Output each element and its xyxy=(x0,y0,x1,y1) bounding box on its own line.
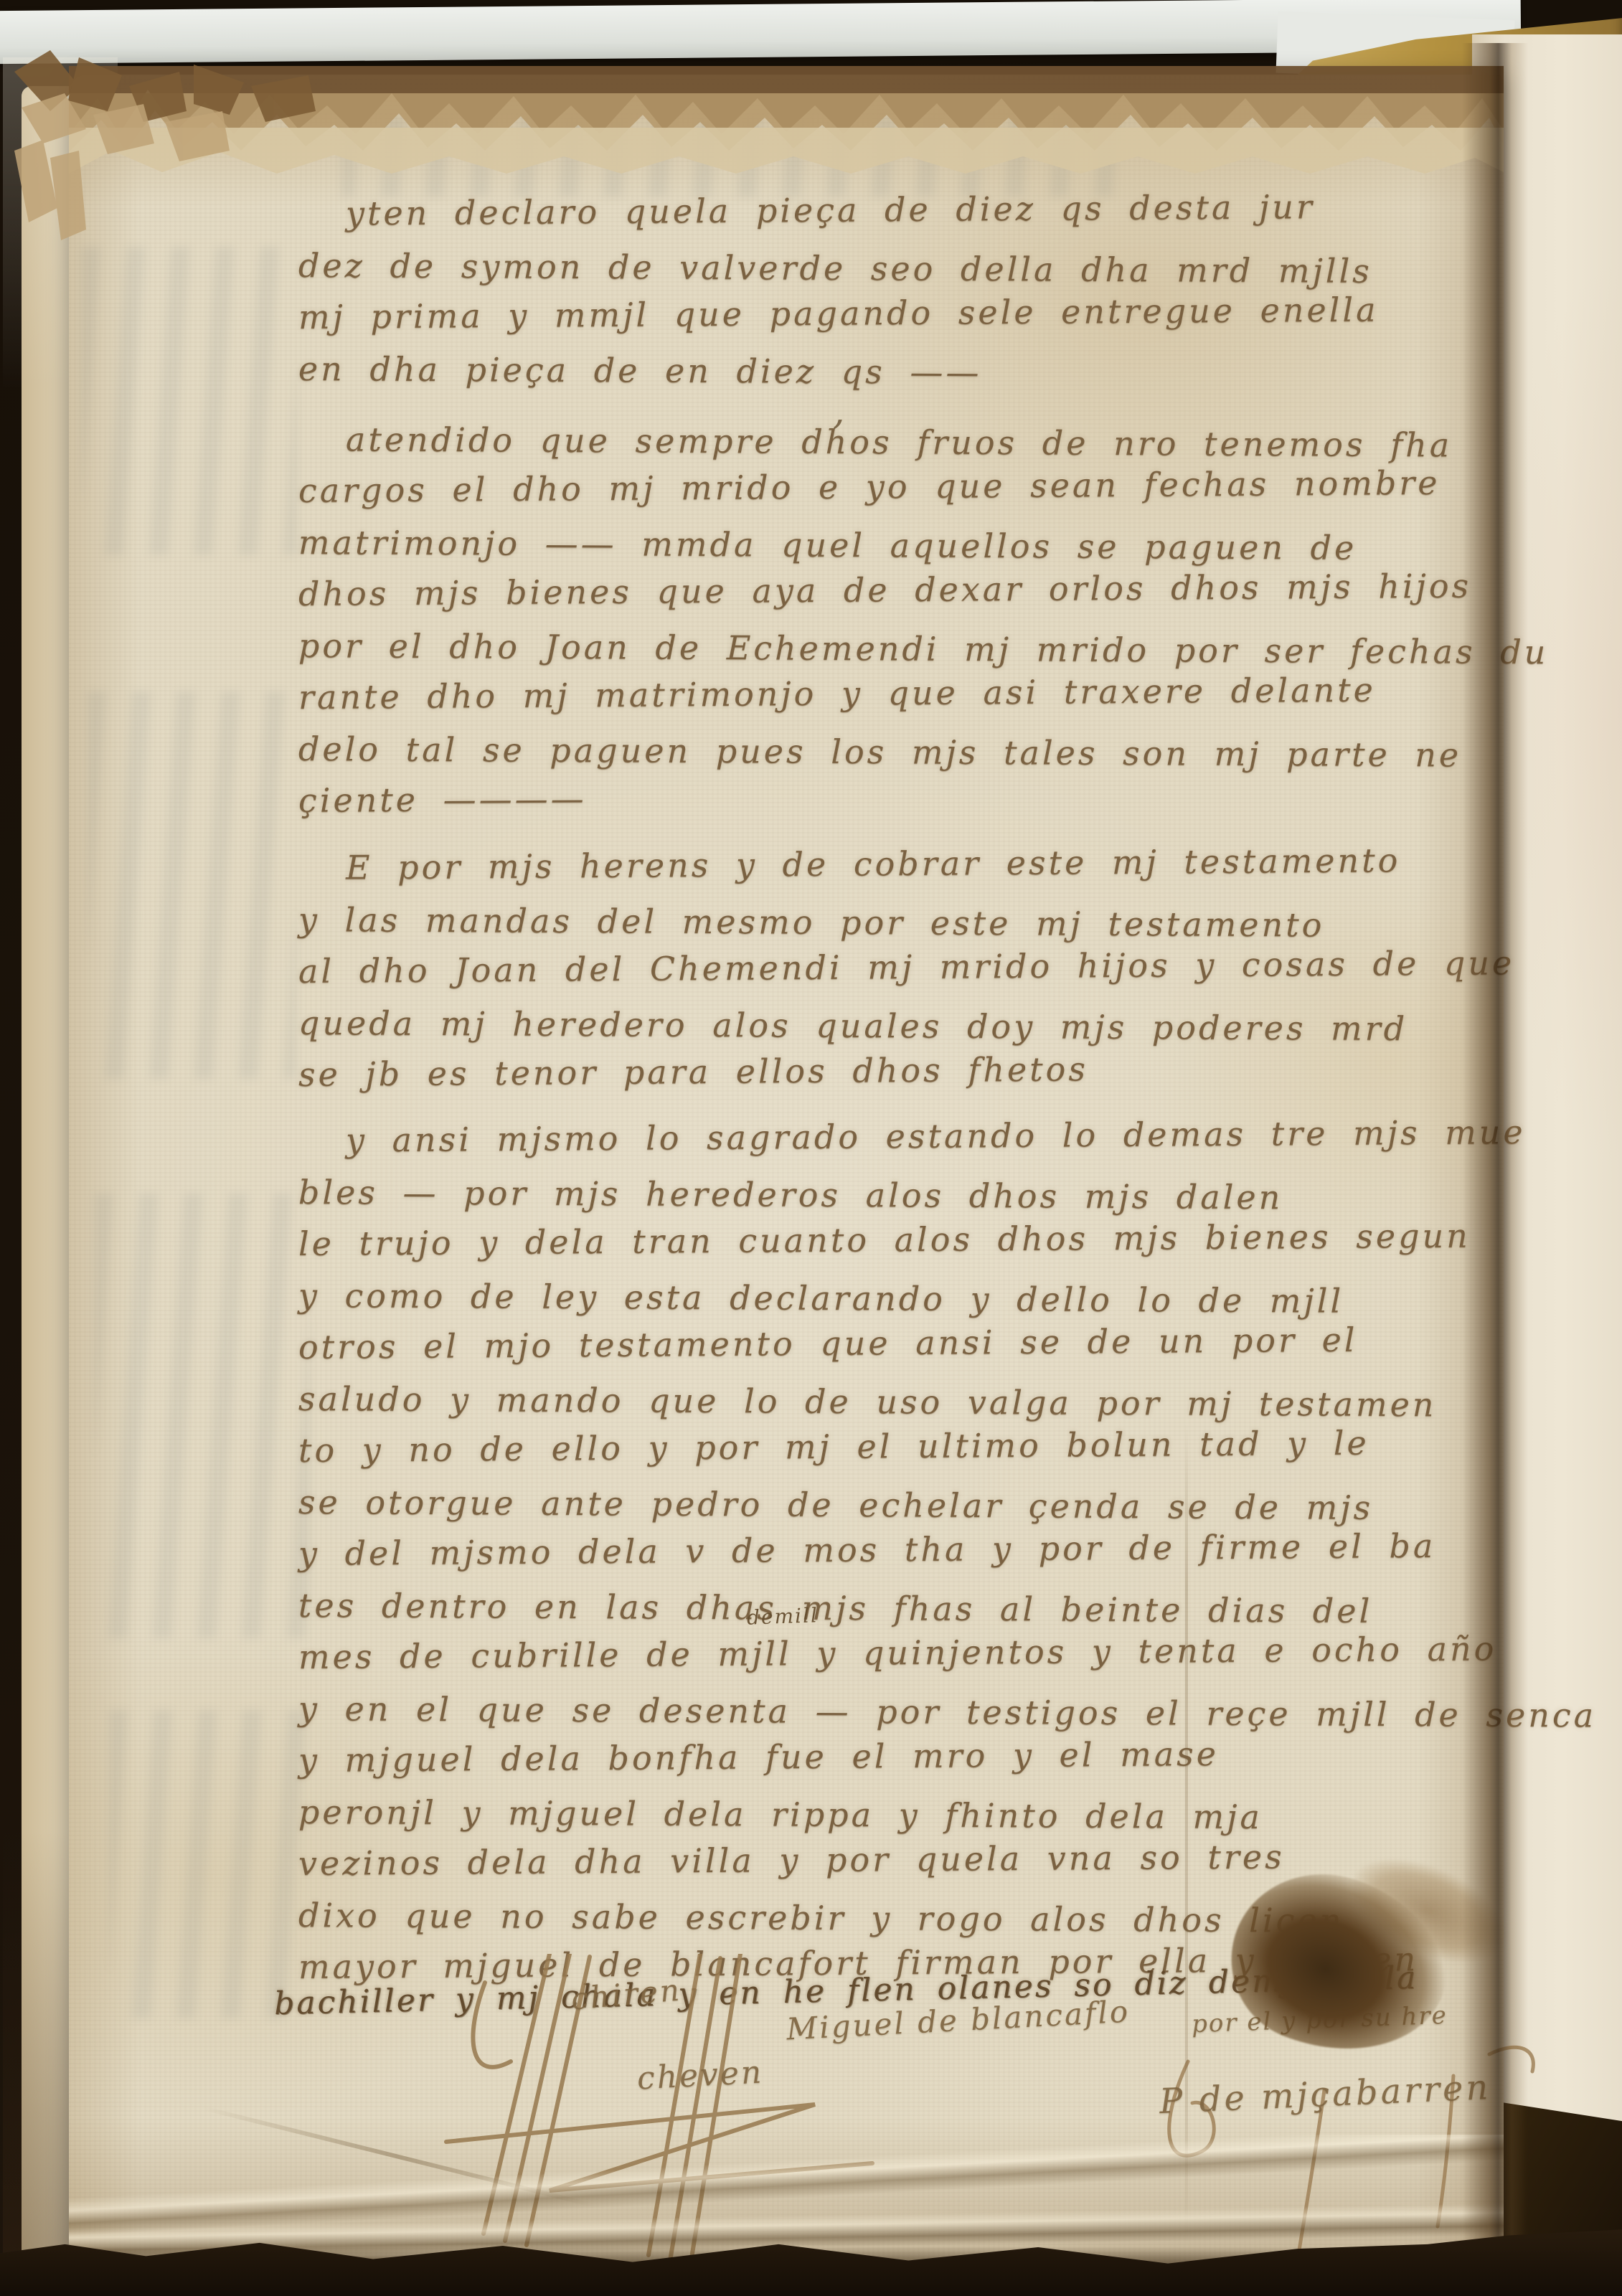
bleed-through-smudge xyxy=(95,1194,310,1638)
gutter-shadow xyxy=(1462,43,1528,2296)
manuscript-line: le trujo y dela tran cuanto alos dhos mj… xyxy=(298,1209,1504,1270)
manuscript-line: dhos mjs bienes que aya de dexar orlos d… xyxy=(298,559,1504,620)
interlinear-insertion: demill xyxy=(746,1603,819,1629)
manuscript-line: yten declaro quela pieça de diez qs dest… xyxy=(298,179,1504,240)
manuscript-line: çiente ———— xyxy=(298,766,1504,826)
manuscript-line: y mjguel dela bonfha fue el mro y el mas… xyxy=(298,1726,1504,1786)
left-page: yten declaro quela pieça de diez qs dest… xyxy=(69,75,1504,2271)
manuscript-scan: yten declaro quela pieça de diez qs dest… xyxy=(0,0,1622,2296)
bleed-through-smudge xyxy=(82,247,297,555)
handwritten-text-block: yten declaro quela pieça de diez qs dest… xyxy=(298,188,1504,1993)
manuscript-line: rante dho mj matrimonjo y que asi traxer… xyxy=(298,663,1504,723)
manuscript-line: y del mjsmo dela v de mos tha y por de f… xyxy=(298,1519,1504,1579)
manuscript-line: to y no de ello y por mj el ultimo bolun… xyxy=(298,1416,1504,1476)
manuscript-line: mes de cubrille de mjll y quinjentos y t… xyxy=(298,1622,1504,1683)
manuscript-line: en dha pieça de en diez qs —— xyxy=(298,343,1504,401)
frayed-corner xyxy=(0,43,337,258)
signature-witness-word: cheven xyxy=(636,2054,765,2097)
punctuation-mark: , xyxy=(833,390,845,433)
manuscript-line: al dho Joan del Chemendi mj mrido hijos … xyxy=(298,937,1504,997)
manuscript-line: cargos el dho mj mrido e yo que sean fec… xyxy=(298,456,1504,516)
bleed-through-smudge xyxy=(88,691,296,1079)
manuscript-line: E por mjs herens y de cobrar este mj tes… xyxy=(298,833,1504,894)
manuscript-line: otros el mjo testamento que ansi se de u… xyxy=(298,1313,1504,1373)
bleed-through-smudge xyxy=(109,1710,310,2018)
manuscript-line: se jb es tenor para ellos dhos fhetos xyxy=(298,1040,1504,1100)
manuscript-line: y ansi mjsmo lo sagrado estando lo demas… xyxy=(298,1106,1504,1166)
manuscript-line: mj prima y mmjl que pagando sele entregu… xyxy=(298,283,1504,343)
paper-crease xyxy=(1185,1423,1188,2248)
